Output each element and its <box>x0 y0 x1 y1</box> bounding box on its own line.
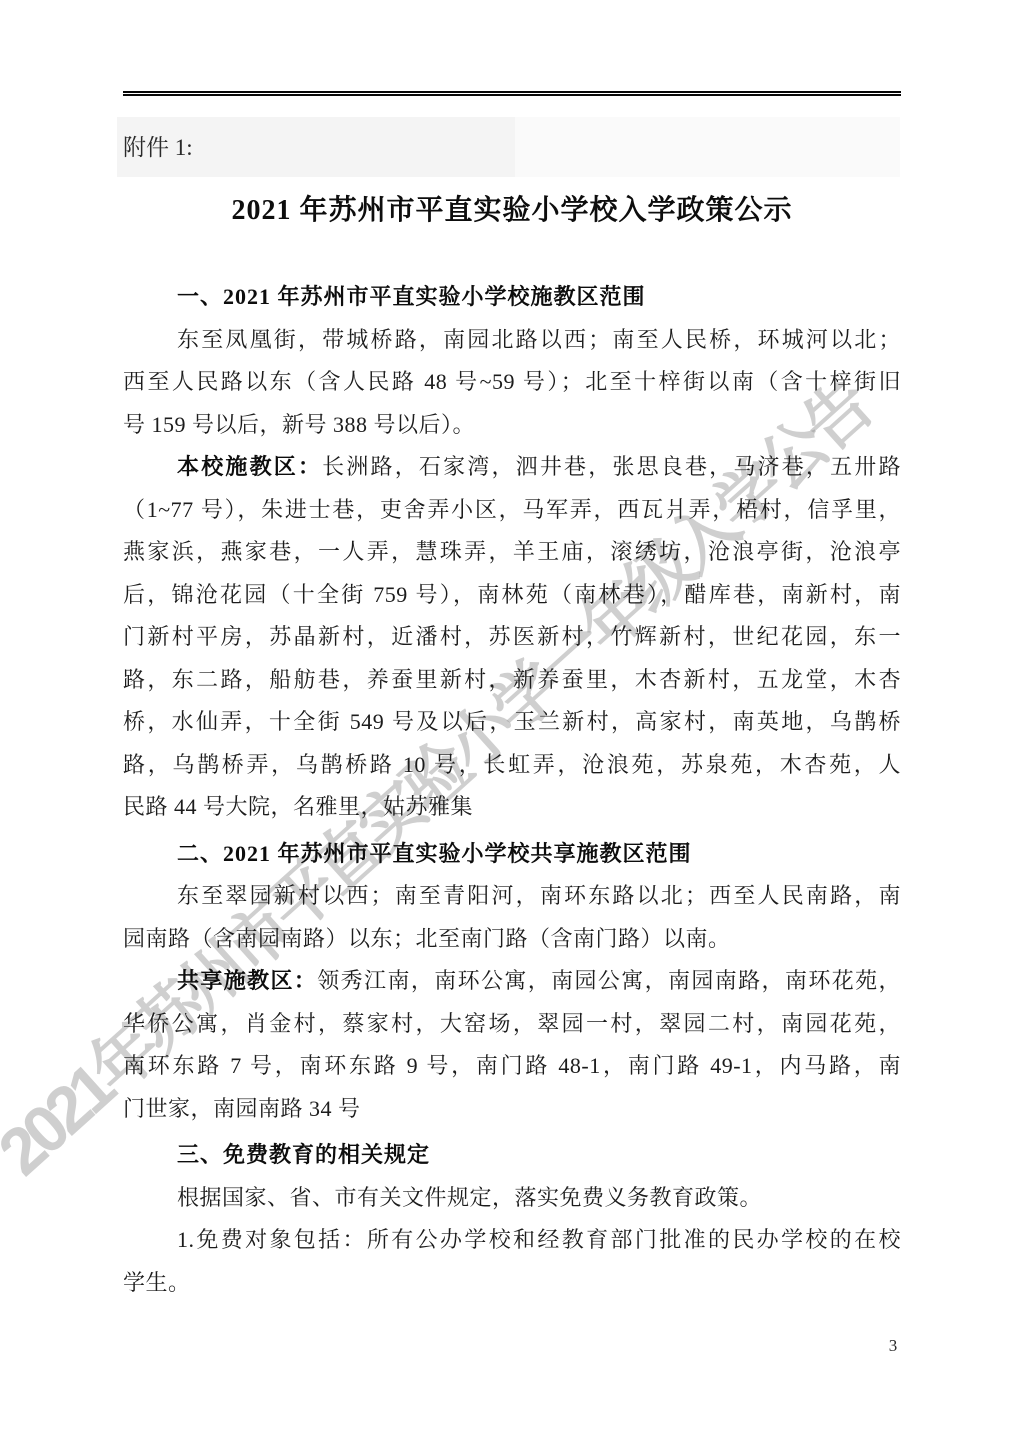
document-body: 一、2021 年苏州市平直实验小学校施教区范围 东至凤凰街，带城桥路，南园北路以… <box>123 276 901 1304</box>
attachment-label: 附件 1: <box>123 117 193 177</box>
section-3-heading: 三、免费教育的相关规定 <box>123 1134 901 1177</box>
text-line: （1~77 号），朱进士巷，吏舍弄小区，马军弄，西瓦爿弄，梧村，信孚里， <box>123 489 901 532</box>
text-line: 号 159 号以后，新号 388 号以后）。 <box>123 404 901 447</box>
text-line: 学生。 <box>123 1262 901 1305</box>
text-line: 路，东二路，船舫巷，养蚕里新村，新养蚕里，木杏新村，五龙堂，木杏 <box>123 659 901 702</box>
text-run: 领秀江南，南环公寓，南园公寓，南园南路，南环花苑， <box>317 968 901 993</box>
text-line: 桥，水仙弄，十全街 549 号及以后，玉兰新村，高家村，南英地，乌鹊桥 <box>123 701 901 744</box>
run-in-label: 共享施教区： <box>177 968 317 993</box>
text-line: 根据国家、省、市有关文件规定，落实免费义务教育政策。 <box>123 1177 901 1220</box>
text-line: 园南路（含南园南路）以东；北至南门路（含南门路）以南。 <box>123 918 901 961</box>
text-line: 华侨公寓，肖金村，蔡家村，大窑场，翠园一村，翠园二村，南园花苑， <box>123 1003 901 1046</box>
run-in-label: 本校施教区： <box>177 454 322 479</box>
text-line: 西至人民路以东（含人民路 48 号~59 号）；北至十梓街以南（含十梓街旧 <box>123 361 901 404</box>
text-run: 长洲路，石家湾，泗井巷，张思良巷，马济巷，五卅路 <box>322 454 901 479</box>
text-line: 南环东路 7 号，南环东路 9 号，南门路 48-1，南门路 49-1，内马路，… <box>123 1045 901 1088</box>
header-rule <box>123 91 901 96</box>
text-line: 1.免费对象包括：所有公办学校和经教育部门批准的民办学校的在校 <box>123 1219 901 1262</box>
document-page: 2021年苏州市平直实验小学一年级入学公告 附件 1: 2021 年苏州市平直实… <box>0 0 1024 1448</box>
text-line: 本校施教区：长洲路，石家湾，泗井巷，张思良巷，马济巷，五卅路 <box>123 446 901 489</box>
text-line: 后，锦沧花园（十全街 759 号），南林苑（南林巷），醋库巷，南新村，南 <box>123 574 901 617</box>
scan-artifact-highlight <box>515 117 900 177</box>
text-line: 路，乌鹊桥弄，乌鹊桥路 10 号，长虹弄，沧浪苑，苏泉苑，木杏苑，人 <box>123 744 901 787</box>
text-line: 东至凤凰街，带城桥路，南园北路以西；南至人民桥，环城河以北； <box>123 319 901 362</box>
text-line: 民路 44 号大院，名雅里，姑苏雅集 <box>123 786 901 829</box>
text-line: 燕家浜，燕家巷，一人弄，慧珠弄，羊王庙，滚绣坊，沧浪亭街，沧浪亭 <box>123 531 901 574</box>
text-line: 门新村平房，苏晶新村，近潘村，苏医新村，竹辉新村，世纪花园，东一 <box>123 616 901 659</box>
text-line: 共享施教区：领秀江南，南环公寓，南园公寓，南园南路，南环花苑， <box>123 960 901 1003</box>
section-1-heading: 一、2021 年苏州市平直实验小学校施教区范围 <box>123 276 901 319</box>
page-number: 3 <box>873 1336 913 1356</box>
text-line: 门世家，南园南路 34 号 <box>123 1088 901 1131</box>
text-line: 东至翠园新村以西；南至青阳河，南环东路以北；西至人民南路，南 <box>123 875 901 918</box>
document-title: 2021 年苏州市平直实验小学校入学政策公示 <box>123 191 901 231</box>
section-2-heading: 二、2021 年苏州市平直实验小学校共享施教区范围 <box>123 833 901 876</box>
attachment-band: 附件 1: <box>117 117 900 177</box>
